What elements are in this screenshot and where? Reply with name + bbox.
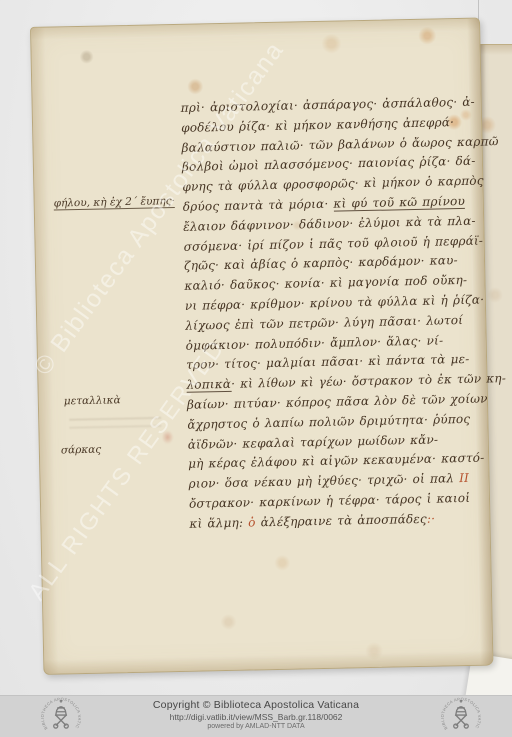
text-line-segment: βαλαύστιον παλιῶ· τῶν βαλάνων ὁ ἄωρος κα…: [181, 134, 498, 155]
text-line-segment: καλιό· δαῦκος· κονία· κὶ μαγονία ποδ οὔκ…: [184, 273, 467, 293]
text-line-segment: τρον· τίτος· μαλμίαι πᾶσαι· κὶ πάντα τὰ …: [186, 352, 470, 372]
margin-note-2: μεταλλικὰ: [64, 394, 121, 407]
text-line-segment: ὄστρακον· καρκίνων ἡ τέφρα· τάρος ἱ καιο…: [189, 491, 470, 511]
scan-viewport: πρὶ· ἀριστολοχίαι· ἀσπάραγος· ἀσπάλαθος·…: [0, 0, 512, 737]
powered-by-text: powered by AMLAD-NTT DATA: [0, 723, 512, 730]
text-line-segment: λίχωος ἐπὶ τῶν πετρῶν· λύγη πᾶσαι· λωτοί: [185, 313, 463, 333]
red-show-through: [161, 430, 173, 444]
footer-caption: Copyright © Biblioteca Apostolica Vatica…: [0, 699, 512, 730]
margin-note-1: φήλου, κὴ ἐχ 2΄ ἔυπης·: [54, 195, 175, 210]
text-line-segment: ὀμφάκιον· πολυπόδιν· ἄμπλον· ἅλας· νί-: [186, 333, 444, 352]
footer-bar: BIBLIOTHECA APOSTOLICA VATICANA Copyrigh…: [0, 695, 512, 737]
text-line-segment: φνης τὰ φύλλα φροσφορῶς· κὶ μήκον ὁ καρπ…: [182, 174, 484, 194]
text-line-segment: φοδέλου ῥίζα· κὶ μήκον κανθήσης ἀπεφρά·: [181, 115, 454, 135]
text-line-segment: κὶ φύ τοῦ κῶ πρίνου: [333, 194, 465, 212]
margin-note-3: σάρκας: [61, 444, 102, 457]
text-line-segment: ΙΙ: [459, 471, 469, 485]
vatican-library-emblem-right: BIBLIOTHECA APOSTOLICA VATICANA: [440, 696, 482, 737]
text-line-segment: ἀλέξηραινε τὰ ἀποσπάδες: [260, 512, 427, 529]
text-line-segment: βολβοὶ ὠμοὶ πλασσόμενος· παιονίας ῥίζα· …: [182, 154, 476, 174]
text-line-segment: κὶ ἅλμη:: [189, 515, 248, 530]
text-line-segment: :·: [427, 511, 436, 525]
copyright-text: Copyright © Biblioteca Apostolica Vatica…: [0, 699, 512, 711]
margin-note-1-text: φήλου, κὴ ἐχ 2΄ ἔυπης·: [54, 195, 175, 211]
text-line-segment: πρὶ· ἀριστολοχίαι· ἀσπάραγος· ἀσπάλαθος·…: [181, 95, 475, 115]
text-line-segment: δρύος παντὰ τὰ μόρια·: [183, 197, 334, 214]
greek-text-block: πρὶ· ἀριστολοχίαι· ἀσπάραγος· ἀσπάλαθος·…: [181, 93, 470, 534]
text-line-segment: · κὶ λίθων κὶ γέω· ὄστρακον τὸ ἐκ τῶν κη…: [231, 371, 506, 391]
text-line-segment: λοπικὰ: [186, 377, 231, 393]
text-line-segment: ἔλαιον δάφνινον· δάδινον· ἐλύμοι κὰ τὰ π…: [183, 213, 476, 233]
text-line-segment: ὁ: [248, 515, 261, 529]
text-line-segment: ζηῶς· καὶ ἀβίας ὁ καρπὸς· καρδάμον· καυ-: [184, 253, 458, 273]
text-line-segment: ἄχρηστος ὁ λαπίω πολιῶν δριμύτητα· ῥύπος: [187, 412, 470, 432]
text-line-segment: νι πέφρα· κρίθμον· κρίνου τὰ φύλλα κὶ ἡ …: [185, 293, 485, 313]
text-line-segment: ριον· ὅσα νέκαυ μὴ ἰχθύες· τριχῶ· οἱ παλ: [188, 471, 459, 491]
papal-keys-tiara-icon: [454, 700, 469, 728]
text-line-segment: βαίων· πιτύαν· κόπρος πᾶσα λὸν δὲ τῶν χο…: [187, 391, 488, 411]
text-line-segment: μὴ κέρας ἐλάφου κὶ αἰγῶν κεκαυμένα· καστ…: [188, 451, 485, 471]
source-url: http://digi.vatlib.it/view/MSS_Barb.gr.1…: [0, 712, 512, 722]
text-line-segment: σσόμενα· ἰρί πίζον ἱ πᾶς τοῦ φλοιοῦ ἡ πε…: [183, 233, 483, 253]
manuscript-page: πρὶ· ἀριστολοχίαι· ἀσπάραγος· ἀσπάλαθος·…: [30, 18, 493, 675]
text-line-segment: ἀϊδνῶν· κεφαλαὶ ταρίχων μωίδων κἄν-: [188, 432, 439, 451]
ink-show-through: [69, 413, 161, 431]
